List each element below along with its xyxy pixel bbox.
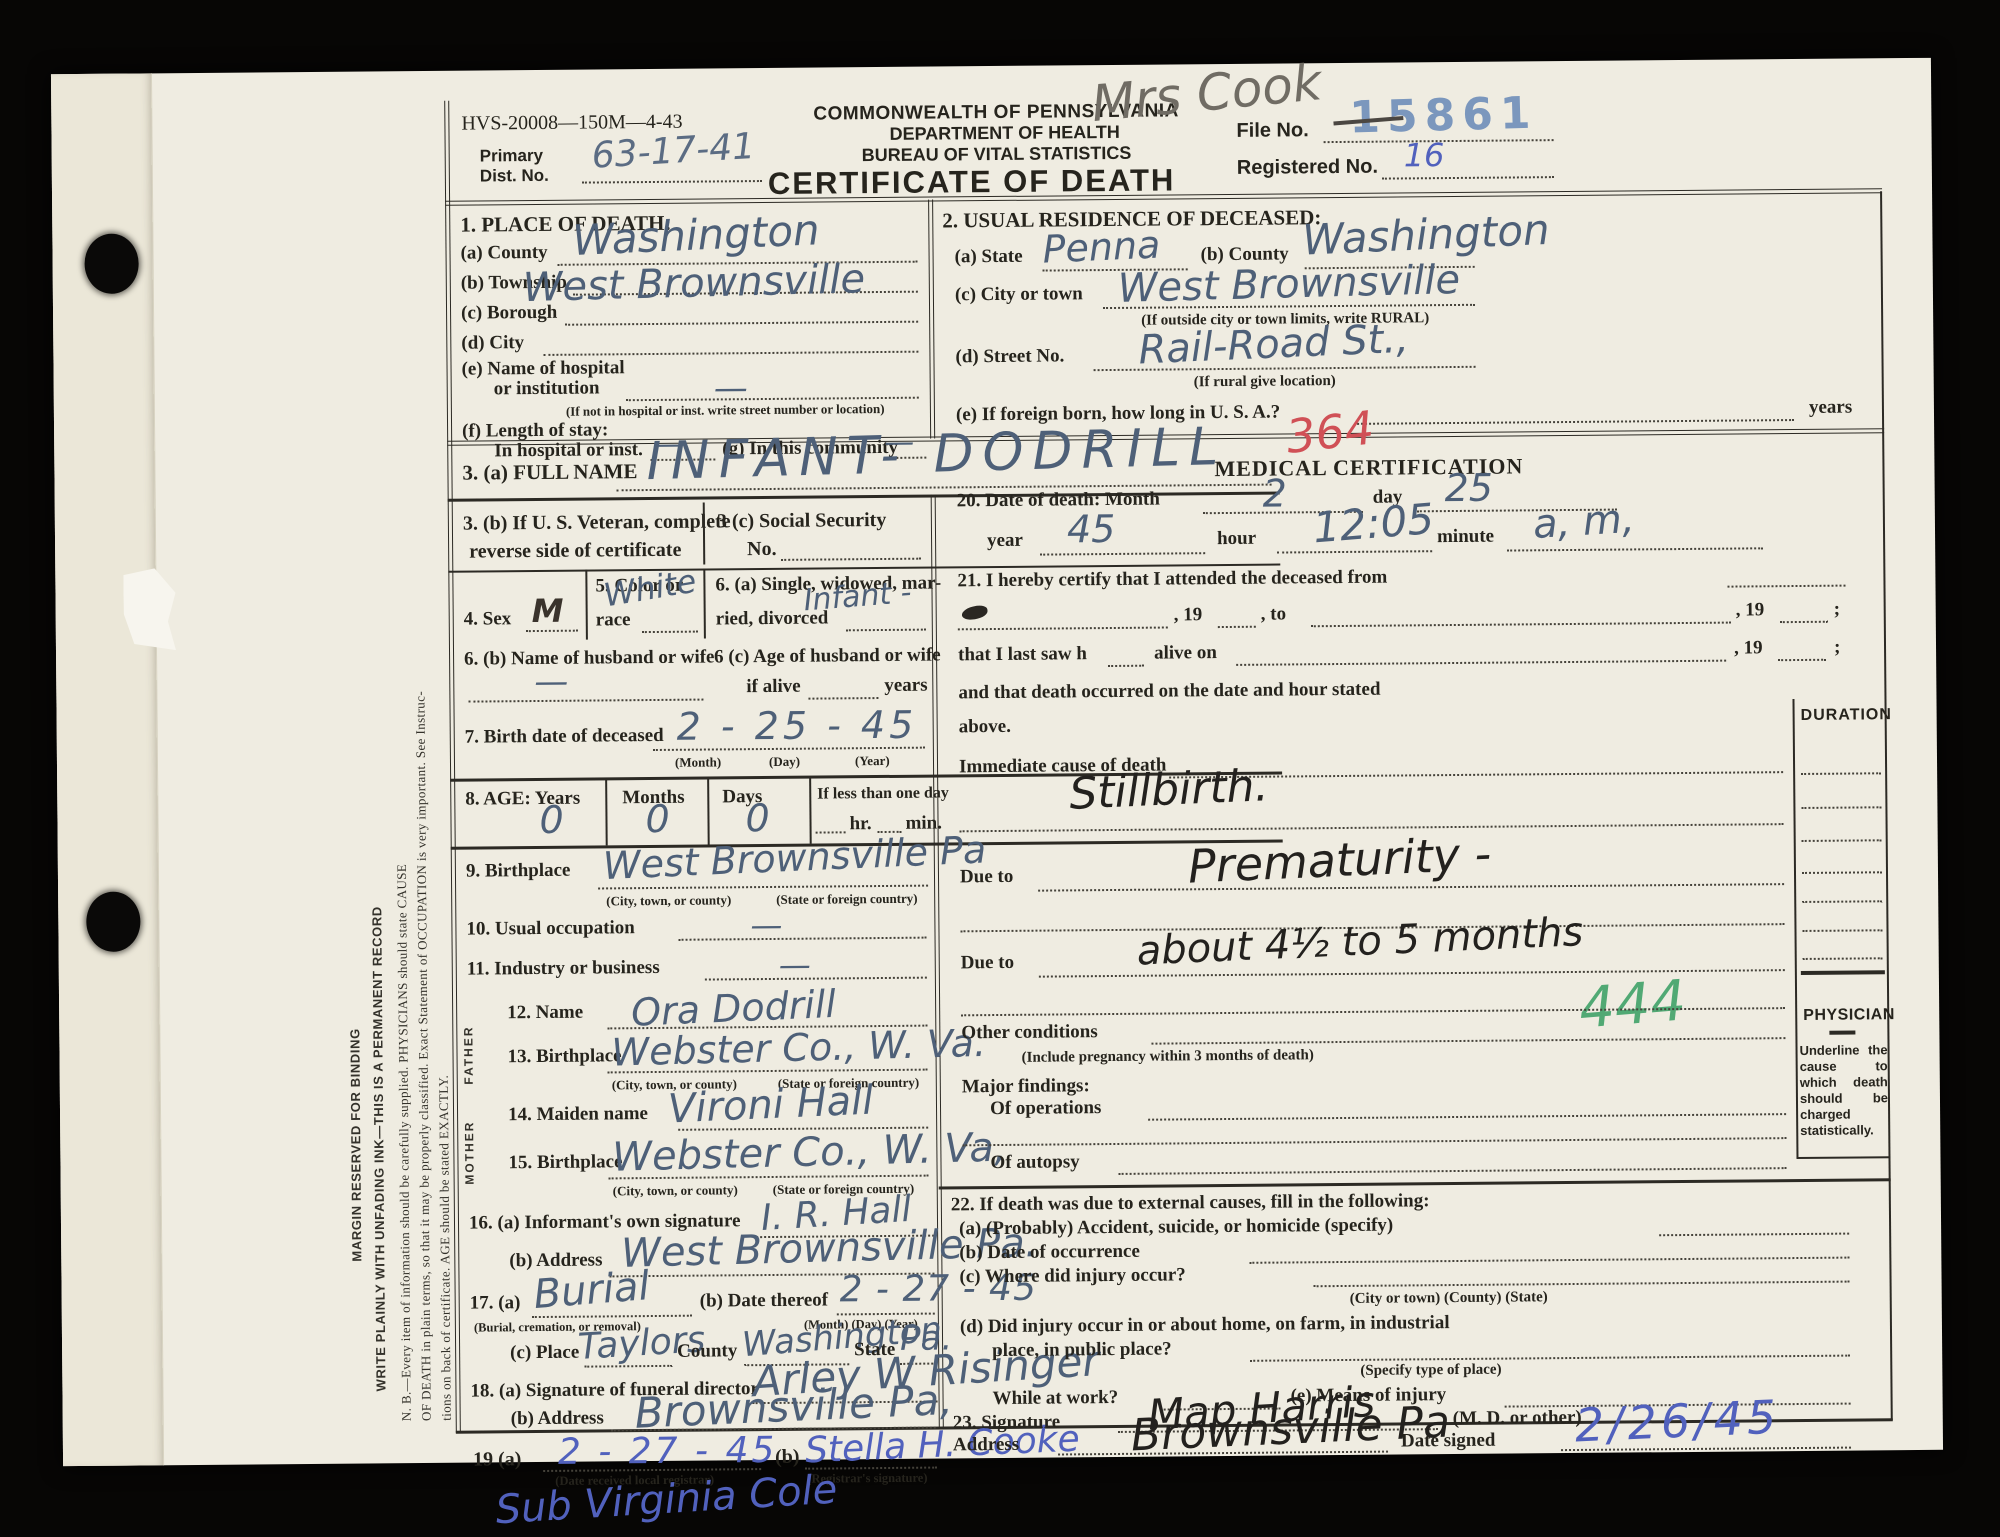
injury-home-label-1: (d) Did injury occur in or about home, o…	[960, 1312, 1450, 1338]
registered-no-label: Registered No.	[1237, 156, 1378, 180]
spouse-age-label: 6 (c) Age of husband or wife	[714, 644, 941, 668]
spouse-handwritten: —	[534, 662, 568, 702]
due-to-1-label: Due to	[960, 866, 1014, 888]
marital-handwritten: Infant -	[802, 575, 912, 618]
sex-race-divider	[585, 570, 588, 640]
birthplace-note-2: (State or foreign country)	[776, 891, 918, 908]
county-label: (a) County	[460, 242, 547, 265]
street-label: (d) Street No.	[955, 345, 1064, 368]
district-number-handwritten: 63-17-41	[591, 126, 757, 177]
death-ampm-handwritten: a, m,	[1532, 496, 1636, 548]
if-alive-label: if alive	[746, 676, 801, 698]
city-town-handwritten: West Brownsville	[1117, 257, 1460, 312]
res-county-handwritten: Washington	[1301, 205, 1550, 265]
maiden-name-handwritten: Vironi Hall	[667, 1078, 874, 1133]
margin-binding-note: MARGIN RESERVED FOR BINDING	[343, 502, 365, 1262]
injury-location-note: (City or town) (County) (State)	[1350, 1289, 1548, 1308]
veteran-label-2: reverse side of certificate	[469, 539, 681, 564]
date-signed-handwritten: 2/26/45	[1574, 1390, 1782, 1453]
ink-blot	[961, 604, 989, 621]
birth-day-note: (Day)	[769, 754, 800, 770]
death-hour-handwritten: 12:05	[1311, 494, 1436, 552]
duration-title: DURATION	[1801, 706, 1892, 725]
cause-handwritten: Stillbirth.	[1068, 760, 1269, 820]
signature-23-label: 23. Signature	[953, 1411, 1061, 1434]
city-label: (d) City	[461, 332, 524, 355]
green-number: 444	[1577, 968, 1689, 1041]
injury-home-label-2: place, in public place?	[992, 1338, 1172, 1362]
date-occurrence-label: (b) Date of occurrence	[959, 1241, 1140, 1265]
certify-to: , to	[1261, 603, 1287, 625]
burial-place-label: (c) Place	[510, 1342, 579, 1365]
race-marital-divider	[703, 569, 706, 639]
specify-place-note: (Specify type of place)	[1360, 1362, 1501, 1380]
certify-semi-2: ;	[1834, 637, 1841, 659]
while-at-work-label: While at work?	[992, 1387, 1118, 1410]
certificate-title: CERTIFICATE OF DEATH	[768, 162, 1176, 202]
department-line: DEPARTMENT OF HEALTH	[889, 122, 1120, 145]
above-label: above.	[959, 716, 1011, 738]
less-than-day-label: If less than one day	[817, 784, 949, 803]
burial-county-label: County	[677, 1340, 737, 1363]
of-autopsy-label: Of autopsy	[990, 1151, 1079, 1174]
age-years-handwritten: 0	[539, 798, 564, 842]
burial-handwritten: Burial	[532, 1263, 651, 1318]
certify-semi-1: ;	[1834, 599, 1841, 621]
certify-line-1: 21. I hereby certify that I attended the…	[957, 567, 1387, 593]
industry-handwritten: —	[779, 946, 811, 984]
father-birthplace-handwritten: Webster Co., W. Va.	[611, 1021, 986, 1075]
due-to-2-handwritten: about 4½ to 5 months	[1136, 909, 1584, 974]
certify-19c: , 19	[1734, 637, 1763, 659]
address-23-label: Address	[953, 1434, 1019, 1457]
father-name-label: 12. Name	[507, 1002, 583, 1025]
birthplace-label: 9. Birthplace	[466, 860, 571, 883]
external-section-divider	[939, 1178, 1891, 1189]
primary-label: Primary	[480, 146, 544, 167]
industry-label: 11. Industry or business	[467, 957, 660, 981]
of-operations-label: Of operations	[990, 1097, 1102, 1120]
birth-year-note: (Year)	[855, 753, 890, 769]
file-no-label: File No.	[1236, 119, 1308, 143]
duration-box-left-border	[1792, 699, 1798, 1159]
registrar-sig-prefix: (b)	[775, 1446, 800, 1469]
death-year-label: year	[987, 530, 1023, 552]
state-label: (a) State	[954, 246, 1022, 269]
full-name-handwritten: INFANT- DODRILL	[646, 417, 1228, 492]
borough-handwritten: West Brownsville	[522, 256, 865, 311]
pregnancy-note: (Include pregnancy within 3 months of de…	[1022, 1047, 1314, 1067]
death-occurred-label: and that death occurred on the date and …	[958, 679, 1380, 705]
burial-label: 17. (a)	[470, 1292, 521, 1314]
death-minute-label: minute	[1437, 526, 1494, 548]
birth-date-handwritten: 2 - 25 - 45	[676, 703, 917, 749]
margin-write-plainly-note: WRITE PLAINLY WITH UNFADING INK—THIS IS …	[364, 271, 389, 1391]
birth-date-label: 7. Birth date of deceased	[465, 725, 664, 749]
physician-note: Underline the cause to which death shoul…	[1799, 1042, 1888, 1139]
death-day-handwritten: 25	[1444, 466, 1493, 510]
dist-no-label: Dist. No.	[480, 166, 549, 187]
father-sidebar-label: FATHER	[461, 993, 476, 1085]
date-signed-label: Date signed	[1401, 1430, 1496, 1453]
county-handwritten: Washington	[571, 205, 820, 265]
city-town-label: (c) City or town	[955, 283, 1083, 306]
punch-hole-top	[84, 233, 139, 293]
occupation-label: 10. Usual occupation	[466, 917, 635, 940]
other-conditions-label: Other conditions	[961, 1021, 1098, 1044]
physician-dash	[1829, 1031, 1855, 1035]
sex-label: 4. Sex	[464, 608, 512, 630]
funeral-address-label: (b) Address	[511, 1407, 604, 1430]
registrar-date-handwritten: 2 - 27 - 45	[558, 1430, 778, 1473]
due-to-2-label: Due to	[961, 952, 1015, 974]
birthplace-note-1: (City, town, or county)	[606, 892, 731, 909]
alive-on-label: alive on	[1154, 642, 1217, 665]
accident-label: (a) (Probably) Accident, suicide, or hom…	[959, 1215, 1393, 1241]
date-of-death-label: 20. Date of death: Month	[957, 489, 1160, 513]
spouse-years-label: years	[884, 675, 927, 697]
death-month-handwritten: 2	[1262, 471, 1287, 515]
duration-box-bottom-border	[1796, 1156, 1890, 1159]
last-saw-label: that I last saw h	[958, 643, 1087, 666]
ssn-label-2: No.	[747, 538, 777, 561]
mother-birthplace-label: 15. Birthplace	[508, 1151, 622, 1174]
major-findings-label: Major findings:	[962, 1075, 1090, 1098]
maiden-name-label: 14. Maiden name	[508, 1103, 648, 1126]
date-thereof-label: (b) Date thereof	[700, 1289, 829, 1312]
duration-heavy-line	[1801, 970, 1885, 975]
md-or-other-label: (M. D. or other)	[1453, 1407, 1582, 1430]
registered-no-handwritten: 16	[1404, 136, 1445, 174]
death-year-handwritten: 45	[1067, 507, 1116, 551]
physician-title: PHYSICIAN	[1803, 1006, 1895, 1025]
occupation-handwritten: —	[750, 906, 782, 944]
certify-19a: , 19	[1174, 604, 1203, 626]
form-right-border	[1880, 191, 1893, 1420]
external-causes-title: 22. If death was due to external causes,…	[951, 1190, 1430, 1216]
age-months-handwritten: 0	[645, 797, 670, 841]
veteran-label-1: 3. (b) If U. S. Veteran, complete	[463, 510, 731, 535]
age-days-handwritten: 0	[745, 796, 770, 840]
hospital-note: (If not in hospital or inst. write stree…	[566, 401, 885, 420]
where-injury-label: (c) Where did injury occur?	[959, 1264, 1185, 1288]
sex-handwritten: M	[531, 592, 563, 630]
punch-hole-bottom	[86, 891, 141, 951]
years-label: years	[1809, 397, 1852, 419]
ssn-label-1: 3 (c) Social Security	[717, 509, 887, 533]
full-name-label: 3. (a) FULL NAME	[462, 459, 637, 486]
mother-sidebar-label: MOTHER	[462, 1089, 477, 1185]
mother-birthplace-handwritten: Webster Co., W. Va,	[612, 1125, 1007, 1181]
death-certificate-document: MARGIN RESERVED FOR BINDING WRITE PLAINL…	[51, 58, 1943, 1466]
certify-19b: , 19	[1736, 599, 1765, 621]
father-birthplace-label: 13. Birthplace	[507, 1045, 621, 1068]
birth-month-note: (Month)	[675, 754, 721, 770]
spouse-name-label: 6. (b) Name of husband or wife	[464, 646, 715, 670]
death-hour-label: hour	[1217, 528, 1256, 550]
center-divider-top	[928, 200, 935, 439]
hospital-label-2: or institution	[494, 377, 600, 400]
mother-bp-note-1: (City, town, or county)	[613, 1182, 738, 1199]
rural-location-note: (If rural give location)	[1194, 373, 1336, 391]
registrar-row-label: 19 (a)	[473, 1448, 522, 1471]
